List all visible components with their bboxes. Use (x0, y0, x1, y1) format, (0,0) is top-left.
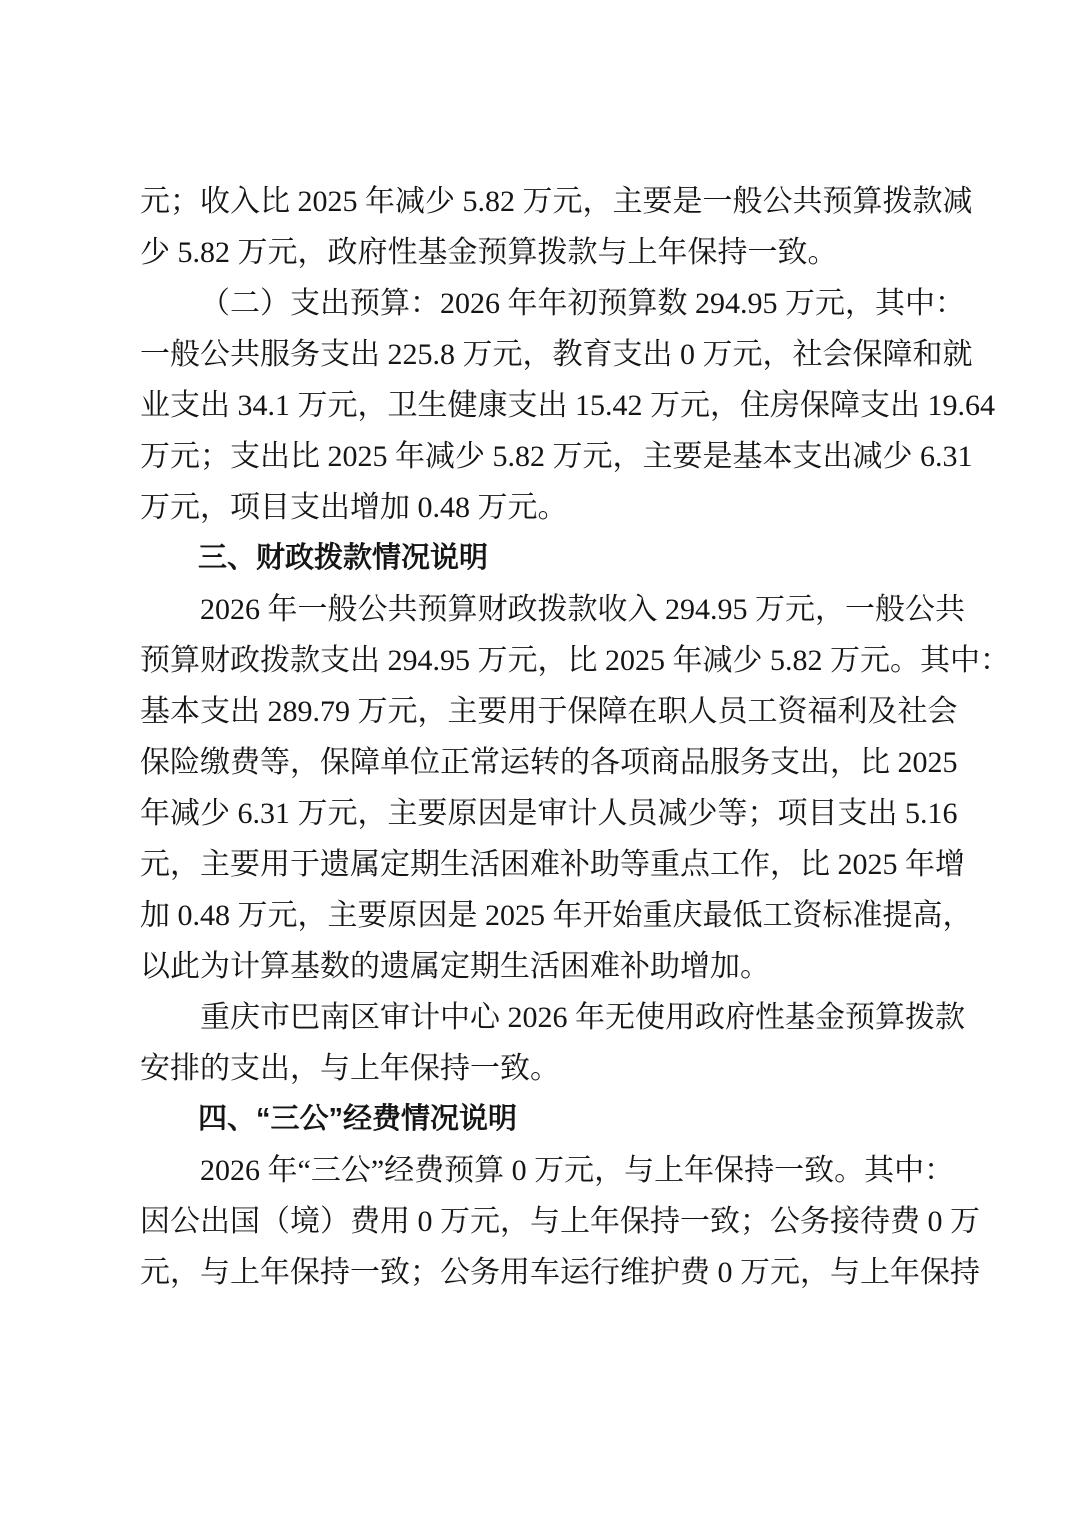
text-line: 预算财政拨款支出 294.95 万元，比 2025 年减少 5.82 万元。其中… (140, 635, 940, 686)
heading-section-4: 四、“三公”经费情况说明 (140, 1094, 940, 1145)
text-line: 一般公共服务支出 225.8 万元，教育支出 0 万元，社会保障和就 (140, 329, 940, 380)
text-line: 重庆市巴南区审计中心 2026 年无使用政府性基金预算拨款 (140, 992, 940, 1043)
text-line: 元，主要用于遗属定期生活困难补助等重点工作，比 2025 年增 (140, 839, 940, 890)
text-line: 万元；支出比 2025 年减少 5.82 万元，主要是基本支出减少 6.31 (140, 431, 940, 482)
text-line: 加 0.48 万元，主要原因是 2025 年开始重庆最低工资标准提高， (140, 890, 940, 941)
text-line: 2026 年一般公共预算财政拨款收入 294.95 万元，一般公共 (140, 584, 940, 635)
document-body: 元；收入比 2025 年减少 5.82 万元，主要是一般公共预算拨款减 少 5.… (140, 176, 940, 1298)
text-line: 以此为计算基数的遗属定期生活困难补助增加。 (140, 941, 940, 992)
text-line: 因公出国（境）费用 0 万元，与上年保持一致；公务接待费 0 万 (140, 1196, 940, 1247)
text-line: 元，与上年保持一致；公务用车运行维护费 0 万元，与上年保持 (140, 1247, 940, 1298)
text-line: 基本支出 289.79 万元，主要用于保障在职人员工资福利及社会 (140, 686, 940, 737)
text-line: 年减少 6.31 万元，主要原因是审计人员减少等；项目支出 5.16 (140, 788, 940, 839)
text-line: 万元，项目支出增加 0.48 万元。 (140, 482, 940, 533)
text-line: 业支出 34.1 万元，卫生健康支出 15.42 万元，住房保障支出 19.64 (140, 380, 940, 431)
text-line: 安排的支出，与上年保持一致。 (140, 1043, 940, 1094)
text-line: （二）支出预算：2026 年年初预算数 294.95 万元，其中： (140, 278, 940, 329)
text-line: 2026 年“三公”经费预算 0 万元，与上年保持一致。其中： (140, 1145, 940, 1196)
heading-section-3: 三、财政拨款情况说明 (140, 533, 940, 584)
text-line: 保险缴费等，保障单位正常运转的各项商品服务支出，比 2025 (140, 737, 940, 788)
text-line: 元；收入比 2025 年减少 5.82 万元，主要是一般公共预算拨款减 (140, 176, 940, 227)
document-page: 元；收入比 2025 年减少 5.82 万元，主要是一般公共预算拨款减 少 5.… (0, 0, 1074, 1520)
text-line: 少 5.82 万元，政府性基金预算拨款与上年保持一致。 (140, 227, 940, 278)
